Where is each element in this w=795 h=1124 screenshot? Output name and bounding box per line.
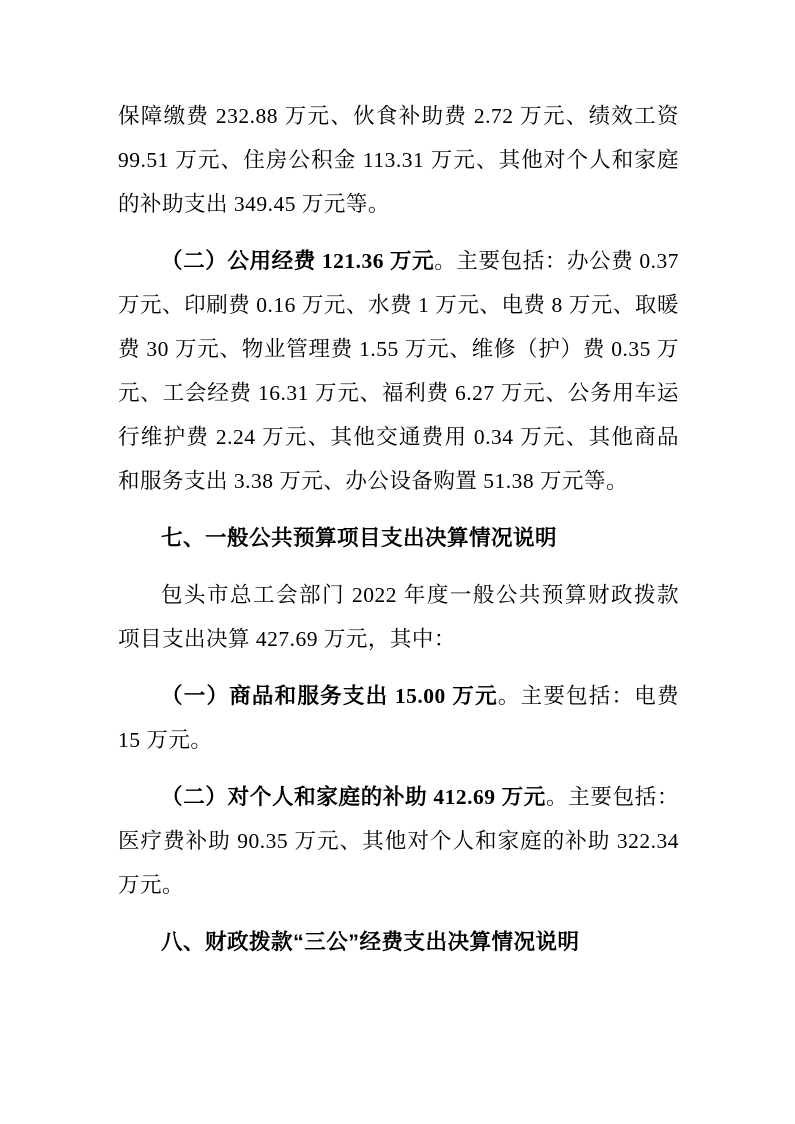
- section-heading: 八、财政拨款“三公”经费支出决算情况说明: [118, 920, 679, 964]
- document-content: 保障缴费 232.88 万元、伙食补助费 2.72 万元、绩效工资 99.51 …: [0, 0, 795, 964]
- text-run: （二）对个人和家庭的补助 412.69 万元: [161, 785, 546, 809]
- text-run: 包头市总工会部门 2022 年度一般公共预算财政拨款项目支出决算 427.69 …: [118, 583, 679, 651]
- body-paragraph: 保障缴费 232.88 万元、伙食补助费 2.72 万元、绩效工资 99.51 …: [118, 94, 679, 226]
- text-run: 八、财政拨款“三公”经费支出决算情况说明: [161, 930, 580, 954]
- body-paragraph: 包头市总工会部门 2022 年度一般公共预算财政拨款项目支出决算 427.69 …: [118, 573, 679, 661]
- body-paragraph: （二）公用经费 121.36 万元。主要包括：办公费 0.37 万元、印刷费 0…: [118, 239, 679, 503]
- text-run: （二）公用经费 121.36 万元: [161, 249, 434, 273]
- document-page: 保障缴费 232.88 万元、伙食补助费 2.72 万元、绩效工资 99.51 …: [0, 0, 795, 1124]
- body-paragraph: （一）商品和服务支出 15.00 万元。主要包括：电费 15 万元。: [118, 674, 679, 762]
- text-run: （一）商品和服务支出 15.00 万元: [161, 684, 498, 708]
- text-run: 七、一般公共预算项目支出决算情况说明: [161, 526, 557, 550]
- body-paragraph: （二）对个人和家庭的补助 412.69 万元。主要包括：医疗费补助 90.35 …: [118, 775, 679, 907]
- section-heading: 七、一般公共预算项目支出决算情况说明: [118, 516, 679, 560]
- text-run: 保障缴费 232.88 万元、伙食补助费 2.72 万元、绩效工资 99.51 …: [118, 104, 679, 216]
- text-run: 。主要包括：办公费 0.37 万元、印刷费 0.16 万元、水费 1 万元、电费…: [118, 249, 679, 493]
